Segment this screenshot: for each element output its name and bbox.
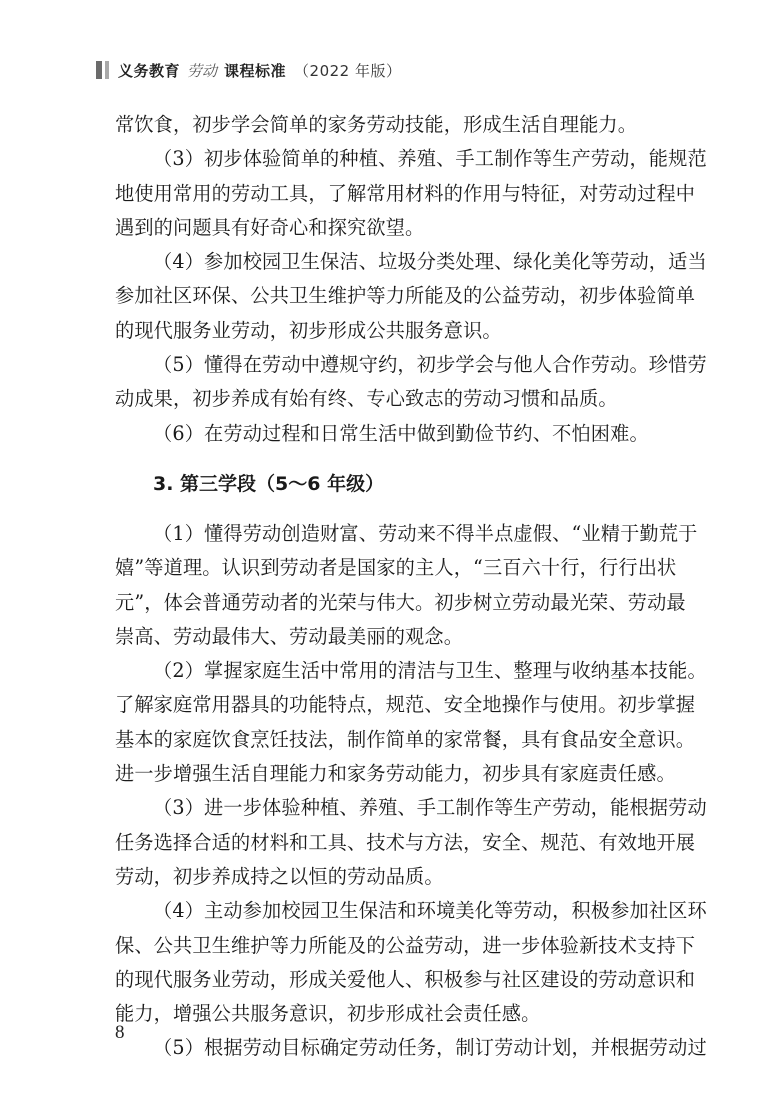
text-line: （4）参加校园卫生保洁、垃圾分类处理、绿化美化等劳动，适当 bbox=[115, 245, 671, 279]
text-line: 嬉”等道理。认识到劳动者是国家的主人，“三百六十行，行行出状 bbox=[115, 551, 671, 585]
text-line: 常饮食，初步学会简单的家务劳动技能，形成生活自理能力。 bbox=[115, 108, 671, 142]
header-title-italic: 劳动 bbox=[187, 60, 217, 81]
text-line: 基本的家庭饮食烹饪技法，制作简单的家常餐，具有食品安全意识。 bbox=[115, 723, 671, 757]
text-line: 的现代服务业劳动，初步形成公共服务意识。 bbox=[115, 314, 671, 348]
running-header: 义务教育 劳动 课程标准 （2022 年版） bbox=[96, 60, 402, 80]
text-line: （6）在劳动过程和日常生活中做到勤俭节约、不怕困难。 bbox=[115, 417, 671, 451]
text-line: 了解家庭常用器具的功能特点，规范、安全地操作与使用。初步掌握 bbox=[115, 688, 671, 722]
header-edition: （2022 年版） bbox=[294, 60, 401, 81]
text-line: 遇到的问题具有好奇心和探究欲望。 bbox=[115, 211, 671, 245]
text-line: （4）主动参加校园卫生保洁和环境美化等劳动，积极参加社区环 bbox=[115, 894, 671, 928]
text-line: （5）根据劳动目标确定劳动任务，制订劳动计划，并根据劳动过 bbox=[115, 1031, 671, 1065]
header-title-part1: 义务教育 bbox=[118, 60, 180, 81]
header-bar-light-icon bbox=[105, 61, 109, 79]
text-line: （3）进一步体验种植、养殖、手工制作等生产劳动，能根据劳动 bbox=[115, 791, 671, 825]
text-line: 地使用常用的劳动工具，了解常用材料的作用与特征，对劳动过程中 bbox=[115, 177, 671, 211]
text-line: 保、公共卫生维护等力所能及的公益劳动，进一步体验新技术支持下 bbox=[115, 929, 671, 963]
text-line: （1）懂得劳动创造财富、劳动来不得半点虚假、“业精于勤荒于 bbox=[115, 517, 671, 551]
page-body: 常饮食，初步学会简单的家务劳动技能，形成生活自理能力。（3）初步体验简单的种植、… bbox=[115, 108, 671, 1066]
section-heading: 3. 第三学段（5～6 年级） bbox=[115, 467, 671, 501]
text-line: 崇高、劳动最伟大、劳动最美丽的观念。 bbox=[115, 620, 671, 654]
text-line: 动成果，初步养成有始有终、专心致志的劳动习惯和品质。 bbox=[115, 382, 671, 416]
header-title-part2: 课程标准 bbox=[224, 60, 286, 81]
text-line: （2）掌握家庭生活中常用的清洁与卫生、整理与收纳基本技能。 bbox=[115, 654, 671, 688]
paragraphs-stage3: （1）懂得劳动创造财富、劳动来不得半点虚假、“业精于勤荒于嬉”等道理。认识到劳动… bbox=[115, 517, 671, 1066]
text-line: 劳动，初步养成持之以恒的劳动品质。 bbox=[115, 860, 671, 894]
text-line: 任务选择合适的材料和工具、技术与方法，安全、规范、有效地开展 bbox=[115, 826, 671, 860]
text-line: 进一步增强生活自理能力和家务劳动能力，初步具有家庭责任感。 bbox=[115, 757, 671, 791]
page-number: 8 bbox=[115, 1022, 125, 1044]
text-line: 参加社区环保、公共卫生维护等力所能及的公益劳动，初步体验简单 bbox=[115, 279, 671, 313]
text-line: （5）懂得在劳动中遵规守约，初步学会与他人合作劳动。珍惜劳 bbox=[115, 348, 671, 382]
text-line: （3）初步体验简单的种植、养殖、手工制作等生产劳动，能规范 bbox=[115, 142, 671, 176]
header-bar-dark-icon bbox=[96, 61, 102, 79]
paragraphs-stage2-end: 常饮食，初步学会简单的家务劳动技能，形成生活自理能力。（3）初步体验简单的种植、… bbox=[115, 108, 671, 451]
text-line: 的现代服务业劳动，形成关爱他人、积极参与社区建设的劳动意识和 bbox=[115, 963, 671, 997]
text-line: 能力，增强公共服务意识，初步形成社会责任感。 bbox=[115, 997, 671, 1031]
text-line: 元”，体会普通劳动者的光荣与伟大。初步树立劳动最光荣、劳动最 bbox=[115, 586, 671, 620]
